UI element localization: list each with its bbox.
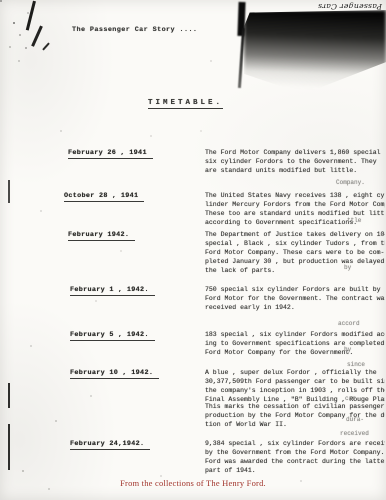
entry-line: 183 special , six cylinder Fordors modif… bbox=[205, 330, 385, 339]
crease-mark bbox=[42, 42, 50, 50]
entry-line: are standard units modified but little. bbox=[205, 166, 385, 175]
entry-date: February 1942. bbox=[68, 231, 135, 241]
entry-line: The Ford Motor Company delivers 1,860 sp… bbox=[205, 148, 385, 157]
entry-line: The United States Navy receives 138 , ei… bbox=[205, 191, 385, 200]
entry-line: ing to Government specifications are com… bbox=[205, 339, 385, 348]
entry-paragraph: 183 special , six cylinder Fordors modif… bbox=[205, 330, 385, 357]
entry-line: six cylinder Fordors to the Government. … bbox=[205, 157, 385, 166]
entry-date: February 26 , 1941 bbox=[68, 149, 153, 159]
entry-line: received early in 1942. bbox=[205, 303, 385, 312]
entry-date: February 10 , 1942. bbox=[70, 369, 159, 379]
toner-speckles bbox=[0, 0, 2, 2]
entry-line: pleted January 30 , but production was d… bbox=[205, 257, 385, 266]
entry-line: the company's inception in 1903 , rolls … bbox=[205, 386, 385, 395]
entry-line: Ford Motor for the Government. The contr… bbox=[205, 294, 385, 303]
entry-line: A blue , super delux Fordor , officially… bbox=[205, 368, 385, 377]
entry-date: February 24,1942. bbox=[70, 440, 150, 450]
entry-line: Ford was awarded the contract during the… bbox=[205, 457, 385, 466]
entry-line: linder Mercury Fordors from the Ford Mot… bbox=[205, 200, 385, 209]
left-edge-mark bbox=[8, 424, 10, 470]
entry-line: special , Black , six cylinder Tudors , … bbox=[205, 239, 385, 248]
fold-shadow bbox=[244, 10, 386, 94]
crease-mark bbox=[31, 25, 42, 46]
entry-paragraph: The Ford Motor Company delivers 1,860 sp… bbox=[205, 148, 385, 175]
ghost-text: by bbox=[344, 346, 351, 353]
document-title: The Passenger Car Story .... bbox=[72, 26, 197, 34]
left-edge-mark bbox=[8, 383, 10, 408]
entry-line: 30,377,509th Ford passenger car to be bu… bbox=[205, 377, 385, 386]
entry-line: 9,384 special , six cylinder Fordors are… bbox=[205, 439, 385, 448]
entry-line: This marks the cessation of civilian pas… bbox=[205, 402, 385, 411]
entry-line: The Department of Justice takes delivery… bbox=[205, 230, 385, 239]
handwritten-note-line: Passenger Cars bbox=[236, 1, 382, 11]
entry-line: part of 1941. bbox=[205, 466, 385, 475]
entry-line: Ford Motor Company for the Government. bbox=[205, 348, 385, 357]
entry-paragraph: 750 special six cylinder Fordors are bui… bbox=[205, 285, 385, 312]
ghost-text: car bbox=[345, 395, 356, 402]
left-edge-mark bbox=[8, 180, 10, 203]
entry-paragraph: A blue , super delux Fordor , officially… bbox=[205, 368, 385, 404]
ghost-text: since bbox=[347, 361, 365, 368]
entry-paragraph: The Department of Justice takes delivery… bbox=[205, 230, 385, 275]
ghost-text: accord bbox=[338, 320, 360, 327]
entry-date: February 5 , 1942. bbox=[70, 331, 155, 341]
ghost-text: received bbox=[340, 430, 369, 437]
scanned-document-page: Archives Vertical File - WWII - Passenge… bbox=[0, 0, 386, 500]
ghost-text: by bbox=[344, 264, 351, 271]
entry-line: by the Government from the Ford Motor Co… bbox=[205, 448, 385, 457]
entry-paragraph: 9,384 special , six cylinder Fordors are… bbox=[205, 439, 385, 475]
ghost-text: ttle bbox=[347, 217, 361, 224]
entry-line: Ford Motor Company. These cars were to b… bbox=[205, 248, 385, 257]
entry-line: the lack of parts. bbox=[205, 266, 385, 275]
entry-date: October 28 , 1941 bbox=[64, 192, 144, 202]
crease-mark bbox=[26, 1, 36, 31]
timetable-heading: TIMETABLE. bbox=[148, 99, 223, 109]
ghost-text: dura- bbox=[346, 416, 364, 423]
footer-credit: From the collections of The Henry Ford. bbox=[0, 478, 386, 488]
entry-line: 750 special six cylinder Fordors are bui… bbox=[205, 285, 385, 294]
ghost-text: Company. bbox=[336, 179, 365, 186]
entry-date: February 1 , 1942. bbox=[70, 286, 155, 296]
